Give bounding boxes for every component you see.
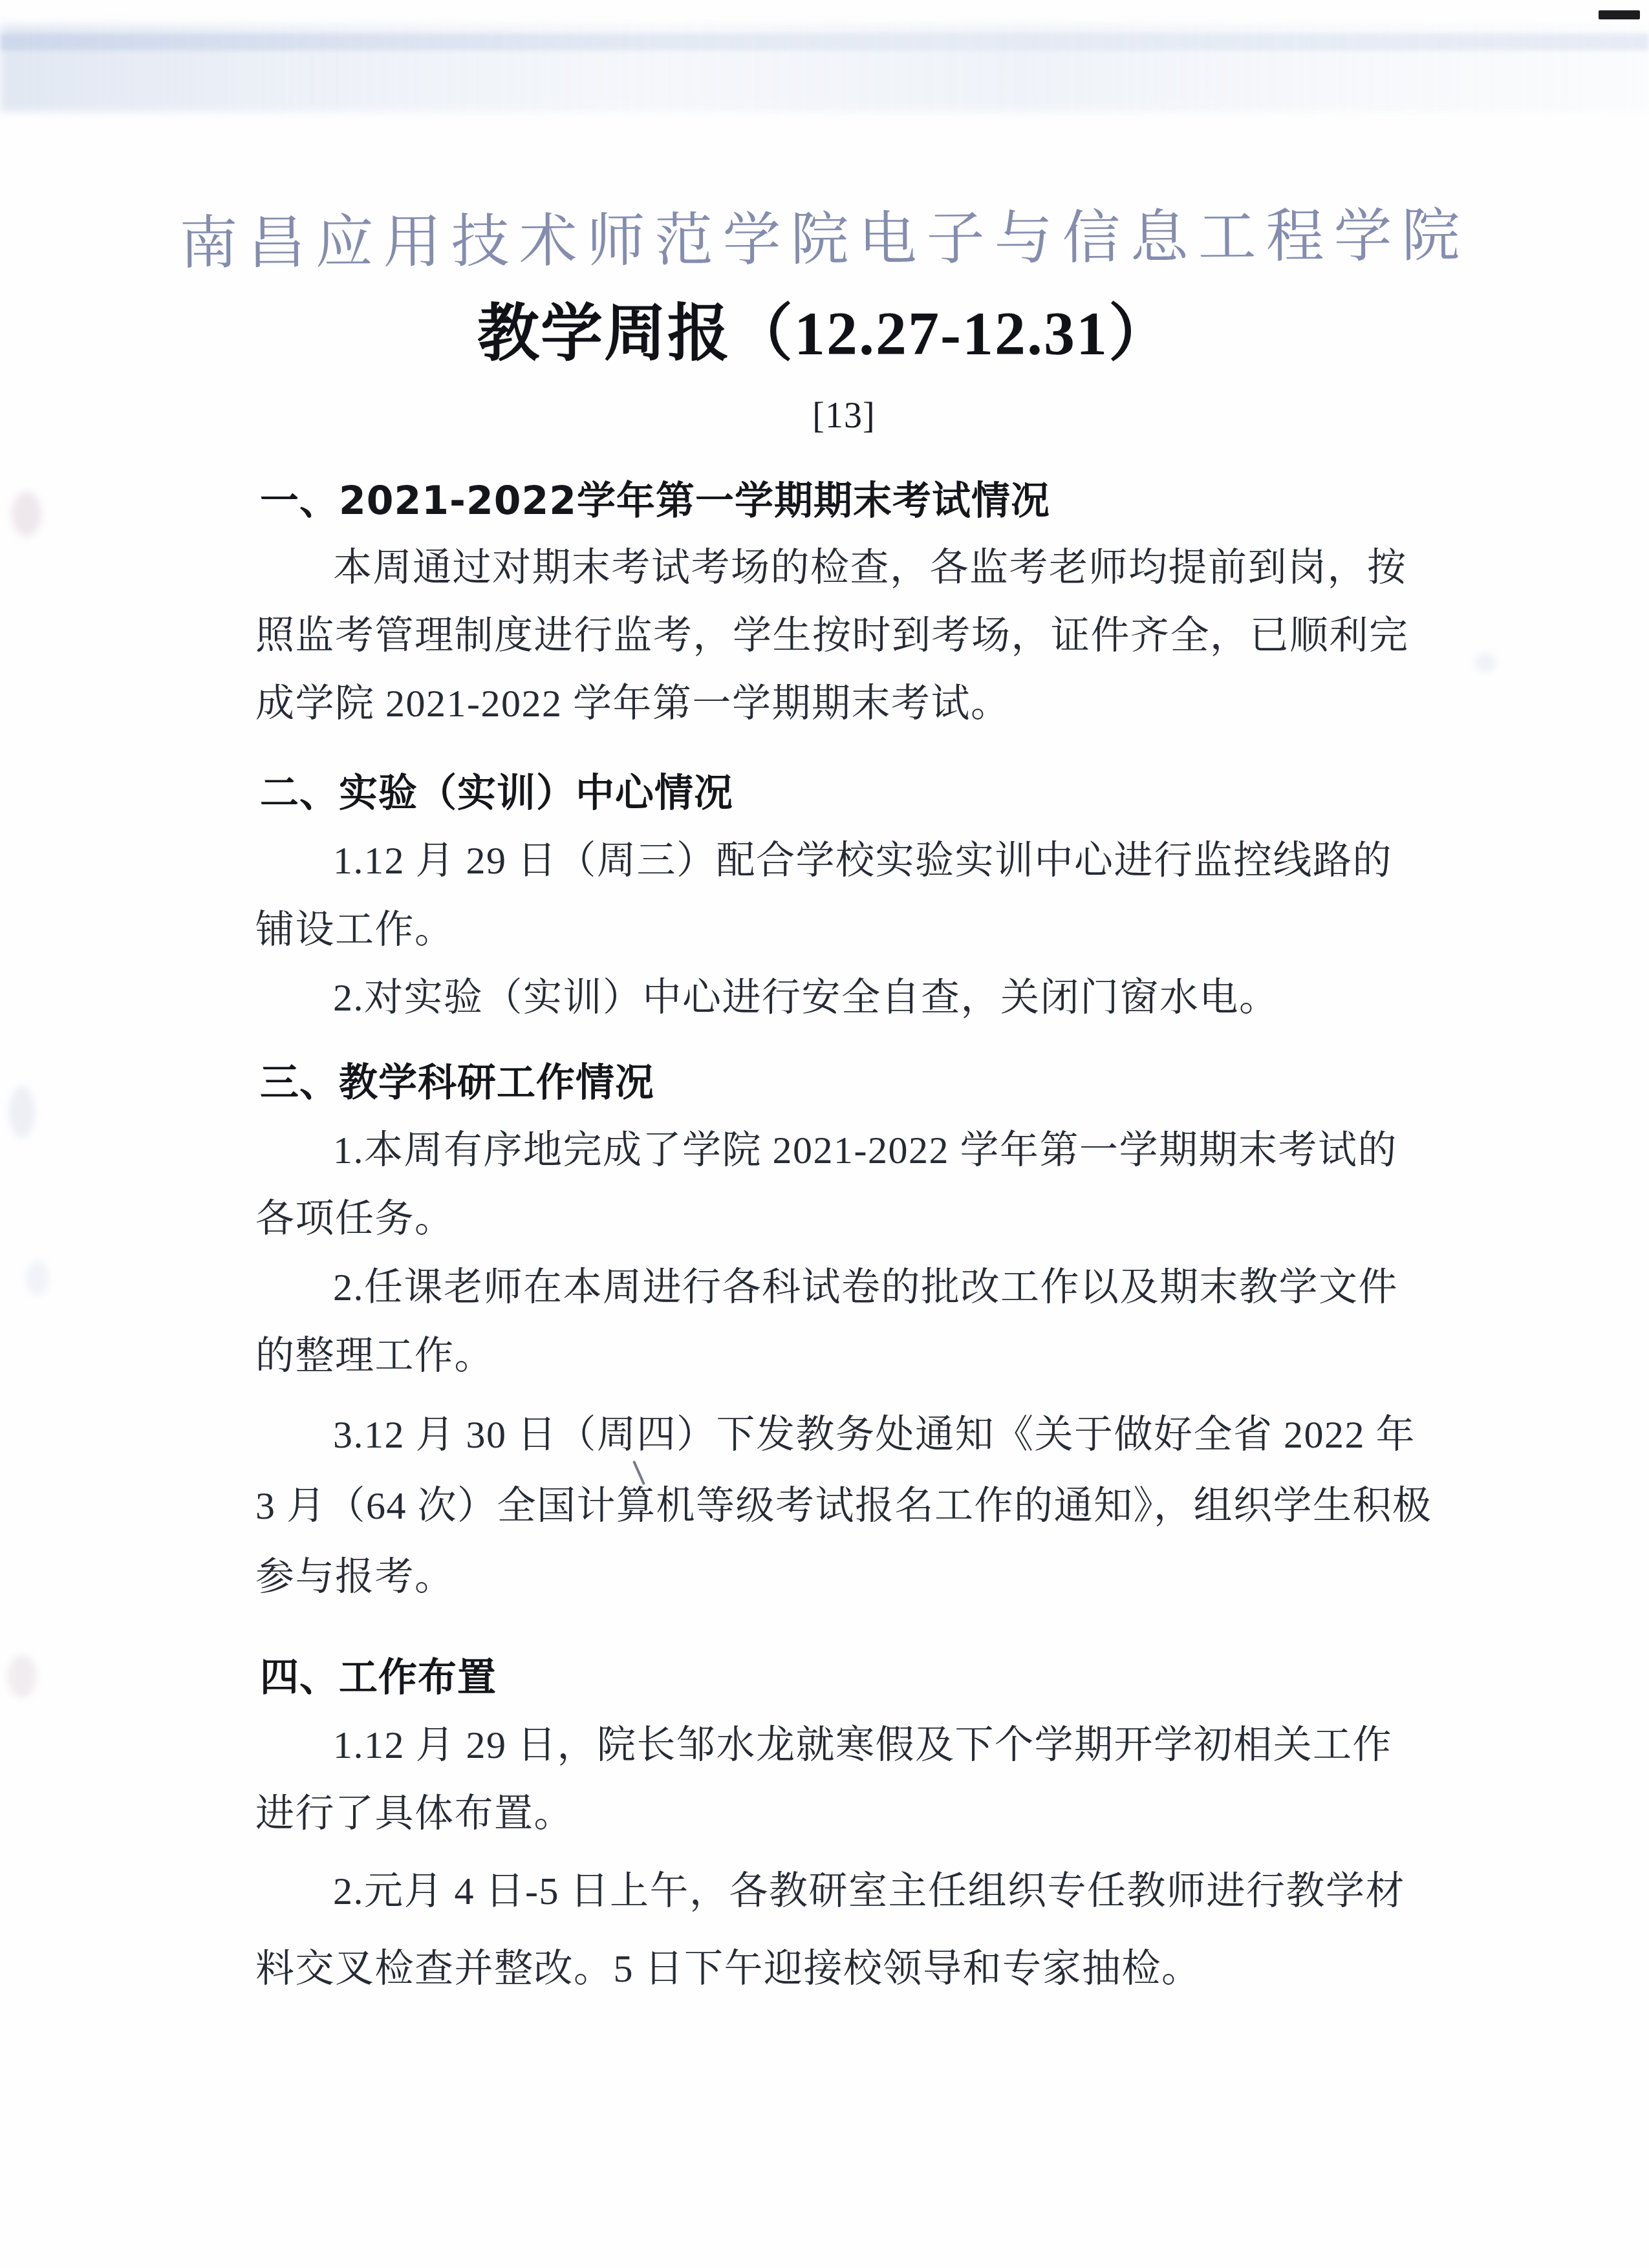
paragraph-line: 进行了具体布置。 xyxy=(255,1792,574,1835)
paragraph-line: 2.元月 4 日-5 日上午，各教研室主任组织专任教师进行教学材 xyxy=(333,1870,1405,1913)
edge-smudge xyxy=(26,1261,49,1296)
paragraph-line: 1.12 月 29 日（周三）配合学校实验实训中心进行监控线路的 xyxy=(333,839,1392,883)
stray-pen-mark xyxy=(632,1460,645,1485)
paragraph-line: 2.任课老师在本周进行各科试卷的批改工作以及期末教学文件 xyxy=(333,1266,1398,1309)
edge-smudge xyxy=(9,1086,35,1138)
report-title: 教学周报（12.27-12.31） xyxy=(0,299,1649,369)
scanned-document-page: 南昌应用技术师范学院电子与信息工程学院 教学周报（12.27-12.31） [1… xyxy=(0,0,1649,2268)
edge-smudge xyxy=(8,1655,36,1698)
paragraph-line: 本周通过对期末考试考场的检查，各监考老师均提前到岗，按 xyxy=(333,546,1407,590)
paragraph-line: 成学院 2021-2022 学年第一学期期末考试。 xyxy=(255,682,1010,725)
institution-title: 南昌应用技术师范学院电子与信息工程学院 xyxy=(0,203,1649,278)
edge-smudge xyxy=(1474,653,1496,672)
section-heading-3: 三、教学科研工作情况 xyxy=(260,1062,654,1105)
section-heading-4: 四、工作布置 xyxy=(260,1656,497,1700)
paragraph-line: 3 月（64 次）全国计算机等级考试报名工作的通知》，组织学生积极 xyxy=(255,1484,1432,1528)
paragraph-line: 铺设工作。 xyxy=(255,908,455,952)
paragraph-line: 3.12 月 30 日（周四）下发教务处通知《关于做好全省 2022 年 xyxy=(333,1413,1416,1457)
paragraph-line: 1.12 月 29 日，院长邹水龙就寒假及下个学期开学初相关工作 xyxy=(333,1724,1392,1767)
section-heading-2: 二、实验（实训）中心情况 xyxy=(260,772,733,815)
edge-smudge xyxy=(12,491,41,537)
section-heading-1: 一、2021-2022学年第一学期期末考试情况 xyxy=(260,480,1050,523)
paragraph-line: 1.本周有序地完成了学院 2021-2022 学年第一学期期末考试的 xyxy=(333,1129,1397,1172)
paragraph-line: 参与报考。 xyxy=(255,1556,455,1599)
issue-number: [13] xyxy=(19,396,1649,436)
paragraph-line: 各项任务。 xyxy=(255,1197,455,1241)
scan-noise-streak xyxy=(0,34,1649,50)
paragraph-line: 的整理工作。 xyxy=(255,1334,494,1378)
scanner-corner-mark xyxy=(1599,10,1640,19)
paragraph-line: 2.对实验（实训）中心进行安全自查，关闭门窗水电。 xyxy=(333,976,1279,1020)
paragraph-line: 照监考管理制度进行监考，学生按时到考场，证件齐全，已顺利完 xyxy=(255,614,1409,658)
paragraph-line: 料交叉检查并整改。5 日下午迎接校领导和专家抽检。 xyxy=(255,1947,1202,1991)
